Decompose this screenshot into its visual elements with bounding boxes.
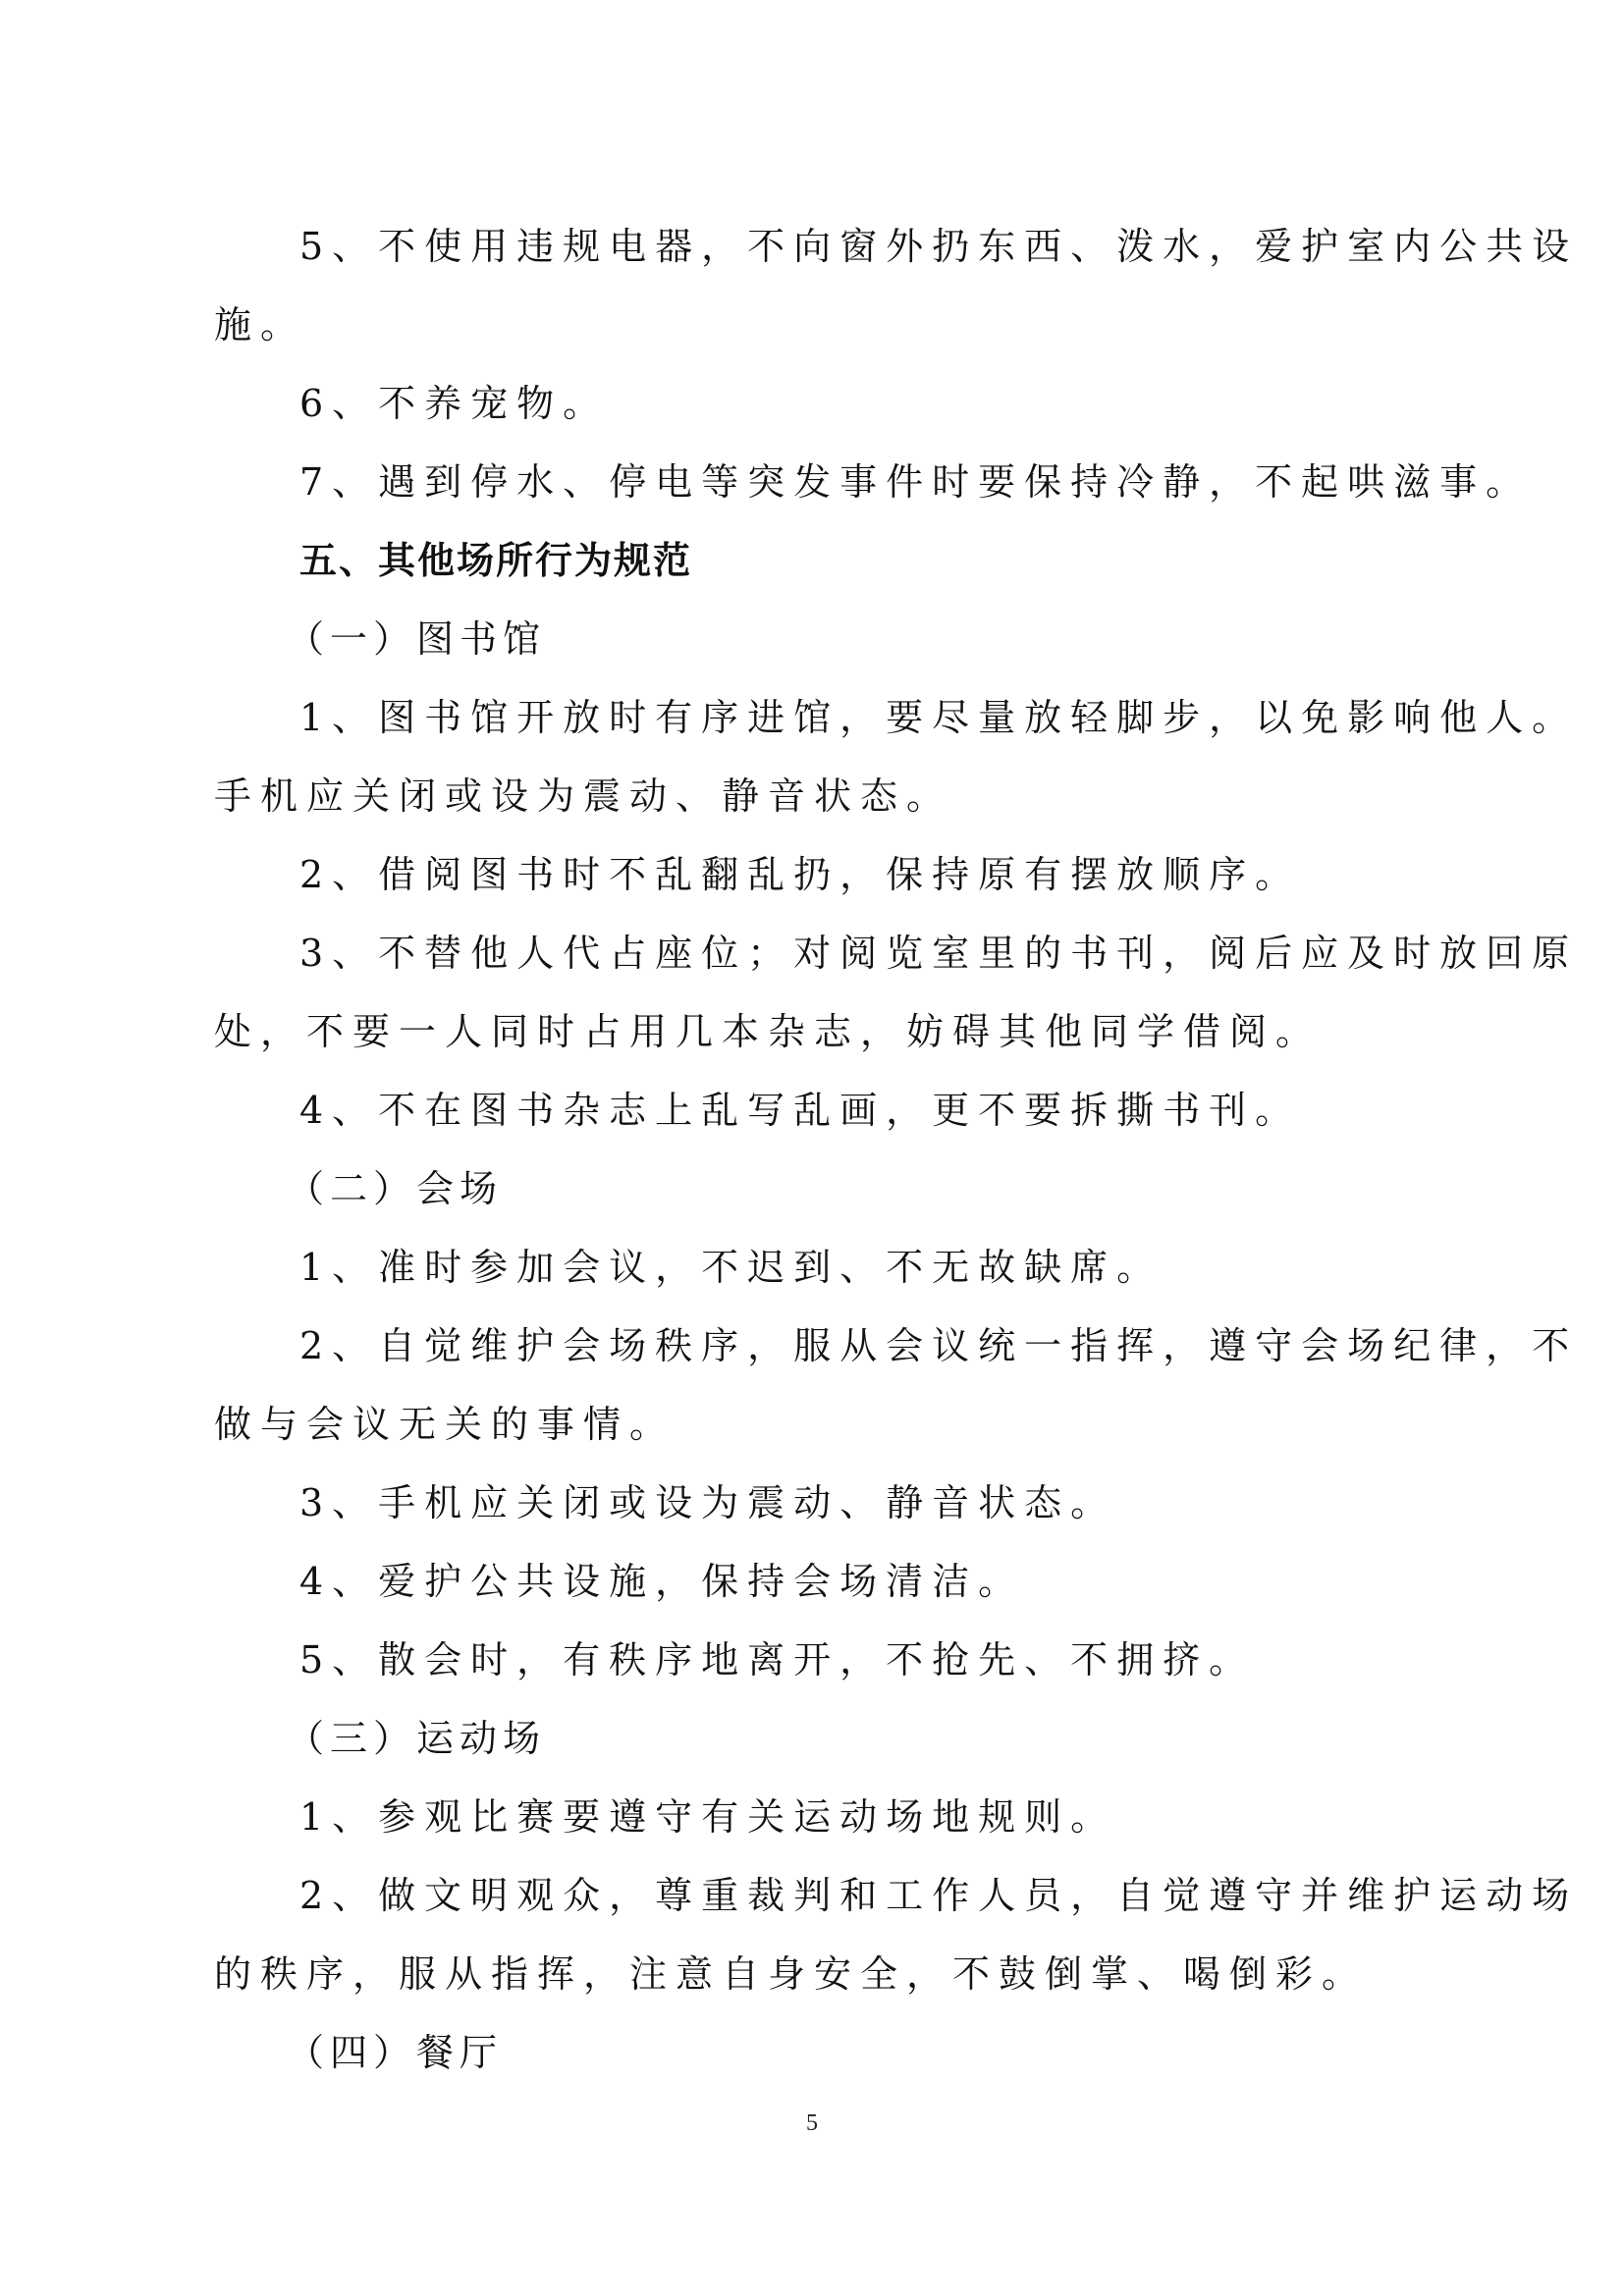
library-item-1-line-1: 1、图书馆开放时有序进馆，要尽量放轻脚步，以免影响他人。 (299, 695, 1578, 740)
sports-item-2-line-2: 的秩序，服从指挥，注意自身安全，不鼓倒掌、喝倒彩。 (214, 1951, 1368, 1997)
document-page: 5、不使用违规电器，不向窗外扔东西、泼水，爱护室内公共设 施。 6、不养宠物。 … (0, 0, 1624, 2296)
meeting-item-3: 3、手机应关闭或设为震动、静音状态。 (299, 1480, 1116, 1525)
library-item-3-line-2: 处，不要一人同时占用几本杂志，妨碍其他同学借阅。 (214, 1009, 1322, 1054)
library-item-3-line-1: 3、不替他人代占座位；对阅览室里的书刊，阅后应及时放回原 (299, 931, 1578, 976)
meeting-item-1: 1、准时参加会议，不迟到、不无故缺席。 (299, 1245, 1163, 1290)
meeting-item-2-line-2: 做与会议无关的事情。 (214, 1402, 676, 1447)
item-5-electrical-line-1: 5、不使用违规电器，不向窗外扔东西、泼水，爱护室内公共设 (299, 224, 1578, 269)
meeting-item-4: 4、爱护公共设施，保持会场清洁。 (299, 1559, 1024, 1604)
sports-item-1: 1、参观比赛要遵守有关运动场地规则。 (299, 1794, 1116, 1840)
subsection-meeting-hall: （二）会场 (287, 1166, 503, 1211)
subsection-dining-hall: （四）餐厅 (287, 2030, 503, 2075)
meeting-item-5: 5、散会时，有秩序地离开，不抢先、不拥挤。 (299, 1637, 1255, 1682)
section-heading-other-places: 五、其他场所行为规范 (299, 538, 692, 583)
page-number: 5 (0, 2110, 1624, 2137)
meeting-item-2-line-1: 2、自觉维护会场秩序，服从会议统一指挥，遵守会场纪律，不 (299, 1323, 1578, 1368)
sports-item-2-line-1: 2、做文明观众，尊重裁判和工作人员，自觉遵守并维护运动场 (299, 1873, 1578, 1918)
library-item-4: 4、不在图书杂志上乱写乱画，更不要拆撕书刊。 (299, 1088, 1301, 1133)
item-5-electrical-line-2: 施。 (214, 302, 306, 347)
subsection-library: （一）图书馆 (287, 616, 546, 662)
item-7-emergency: 7、遇到停水、停电等突发事件时要保持冷静，不起哄滋事。 (299, 459, 1532, 505)
subsection-sports-field: （三）运动场 (287, 1716, 546, 1761)
library-item-1-line-2: 手机应关闭或设为震动、静音状态。 (214, 774, 952, 819)
item-6-pets: 6、不养宠物。 (299, 381, 609, 426)
library-item-2: 2、借阅图书时不乱翻乱扔，保持原有摆放顺序。 (299, 852, 1301, 897)
